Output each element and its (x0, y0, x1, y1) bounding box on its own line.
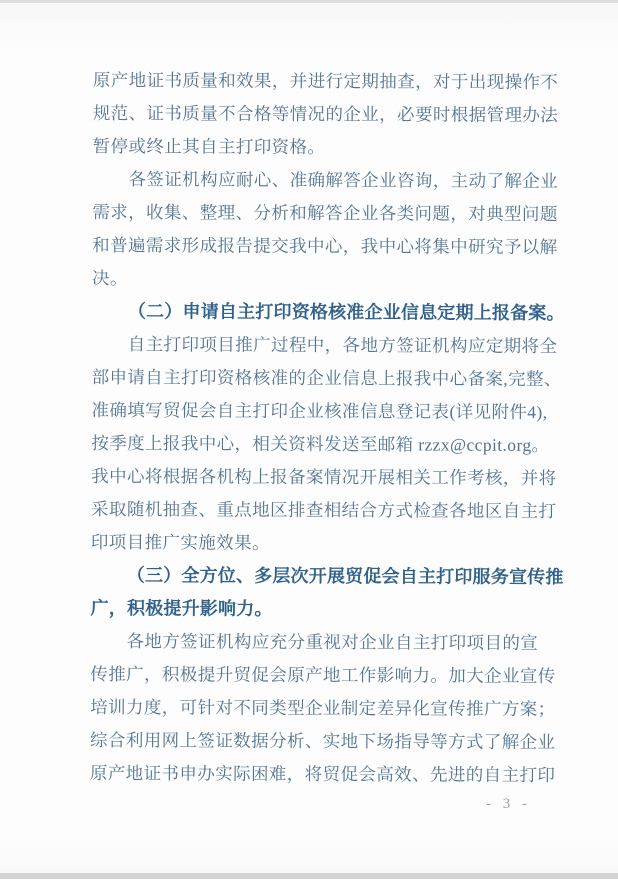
text-line: 需求，收集、整理、分析和解答企业各类问题，对典型问题 (92, 196, 544, 231)
text-line: 原产地证书申办实际困难，将贸促会高效、先进的自主打印 (90, 757, 542, 792)
text-line: 和普遍需求形成报告提交我中心，我中心将集中研究予以解 (92, 229, 544, 264)
text-line: 自主打印项目推广过程中，各地方签证机构应定期将全 (92, 328, 544, 363)
text-line: 综合利用网上签证数据分析、实地下场指导等方式了解企业 (90, 724, 542, 759)
heading-line: （三）全方位、多层次开展贸促会自主打印服务宣传推 (91, 559, 543, 594)
text-line: 各地方签证机构应充分重视对企业自主打印项目的宣 (90, 625, 542, 660)
text-line: 准确填写贸促会自主打印企业核准信息登记表(详见附件4), (91, 394, 543, 429)
text-line: 采取随机抽查、重点地区排查相结合方式检查各地区自主打 (91, 493, 543, 528)
scan-edge-top (0, 0, 618, 3)
heading-line: 广，积极提升影响力。 (91, 592, 543, 627)
text-line: 规范、证书质量不合格等情况的企业，必要时根据管理办法 (93, 97, 545, 132)
scan-edge-bottom (0, 873, 618, 879)
text-line: 印项目推广实施效果。 (91, 526, 543, 561)
text-line: 部申请自主打印资格核准的企业信息上报我中心备案,完整、 (92, 361, 544, 396)
text-line: 按季度上报我中心，相关资料发送至邮箱 rzzx@ccpit.org。 (91, 427, 543, 462)
page-number: - 3 - (486, 795, 531, 813)
heading-line: （二）申请自主打印资格核准企业信息定期上报备案。 (92, 295, 544, 330)
document-body-text: 原产地证书质量和效果，并进行定期抽查，对于出现操作不规范、证书质量不合格等情况的… (90, 64, 545, 792)
scanned-document-page: 原产地证书质量和效果，并进行定期抽查，对于出现操作不规范、证书质量不合格等情况的… (0, 0, 618, 879)
text-line: 我中心将根据各机构上报备案情况开展相关工作考核，并将 (91, 460, 543, 495)
text-line: 培训力度，可针对不同类型企业制定差异化宣传推广方案； (90, 691, 542, 726)
text-line: 传推广，积极提升贸促会原产地工作影响力。加大企业宣传 (90, 658, 542, 693)
text-line: 各签证机构应耐心、准确解答企业咨询，主动了解企业 (92, 163, 544, 198)
text-line: 原产地证书质量和效果，并进行定期抽查，对于出现操作不 (93, 64, 545, 99)
text-line: 暂停或终止其自主打印资格。 (93, 130, 545, 165)
text-line: 决。 (92, 262, 544, 297)
